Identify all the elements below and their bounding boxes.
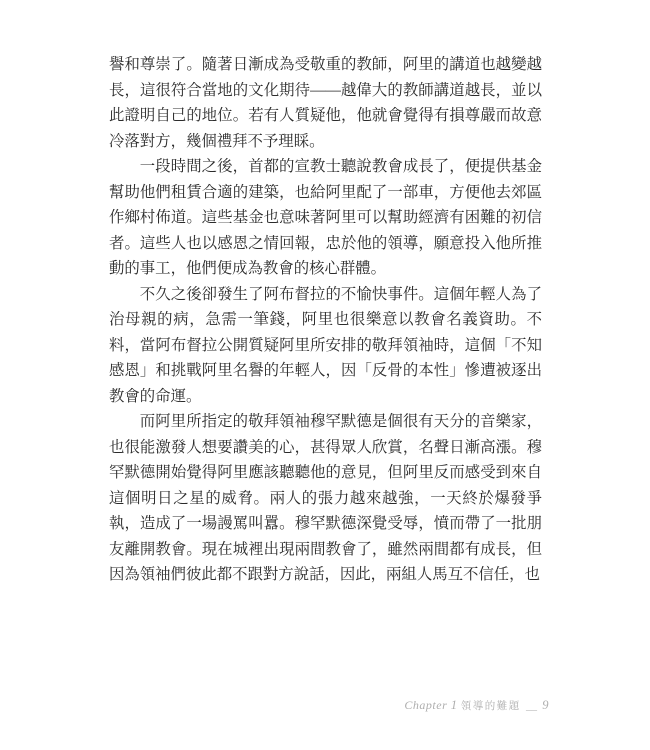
page-number: 9 <box>542 698 549 712</box>
book-page: 譽和尊崇了。隨著日漸成為受敬重的教師，阿里的講道也越變越長，這很符合當地的文化期… <box>0 0 650 750</box>
footer-separator: __ <box>524 700 539 712</box>
chapter-label: Chapter <box>404 698 447 712</box>
paragraph: 不久之後卻發生了阿布督拉的不愉快事件。這個年輕人為了治母親的病，急需一筆錢，阿里… <box>109 282 542 410</box>
paragraph: 一段時間之後，首都的宣教士聽說教會成長了，便提供基金幫助他們租賃合適的建築，也給… <box>109 154 542 282</box>
chapter-number: 1 <box>451 698 458 712</box>
paragraph: 譽和尊崇了。隨著日漸成為受敬重的教師，阿里的講道也越變越長，這很符合當地的文化期… <box>109 52 542 154</box>
body-text: 譽和尊崇了。隨著日漸成為受敬重的教師，阿里的講道也越變越長，這很符合當地的文化期… <box>109 52 542 588</box>
chapter-title: 領導的難題 <box>461 701 521 712</box>
paragraph: 而阿里所指定的敬拜領袖穆罕默德是個很有天分的音樂家，也很能激發人想要讚美的心，甚… <box>109 409 542 588</box>
page-footer: Chapter 1 領導的難題 __ 9 <box>404 698 549 713</box>
